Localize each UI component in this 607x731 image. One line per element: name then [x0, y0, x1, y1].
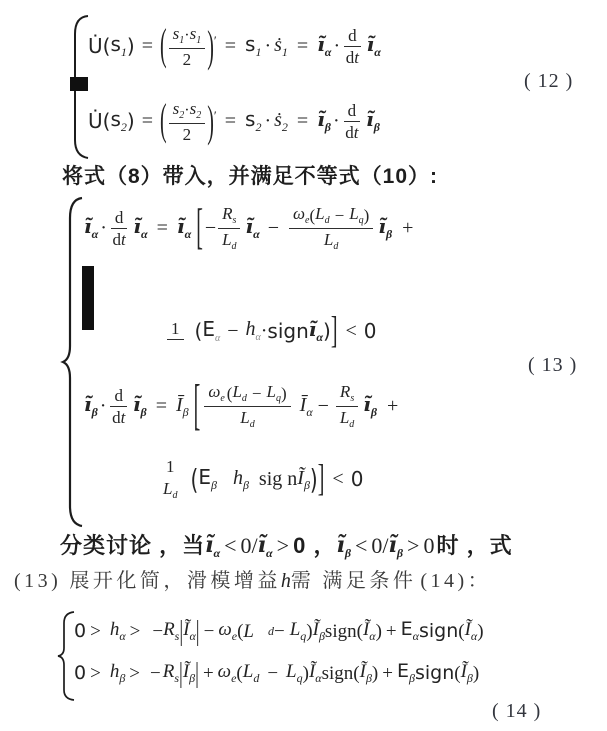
- spacer: [340, 121, 342, 122]
- fraction: ddt: [344, 26, 361, 66]
- math-token: sign: [325, 622, 357, 641]
- spacer: [153, 46, 160, 47]
- math-token: 2: [183, 51, 192, 68]
- math-token: −: [252, 385, 262, 402]
- spacer: [288, 46, 297, 47]
- fraction: RsLd: [336, 382, 358, 430]
- math-token: Lq: [267, 383, 281, 404]
- equation-12-number: ( 12 ): [524, 70, 573, 93]
- math-token: hα: [110, 620, 126, 642]
- math-token: ·: [264, 36, 271, 56]
- math-token: s1: [190, 25, 202, 46]
- math-token: ): [364, 207, 370, 224]
- math-token: s2: [245, 109, 261, 133]
- spacer: [288, 121, 297, 122]
- math-token: Ĩα: [363, 620, 376, 642]
- math-token: +: [382, 664, 393, 683]
- math-token: s2: [110, 109, 126, 133]
- paragraph-discussion-line-1: 分类讨论 ，当ĩα<0/ĩα>0 ，ĩβ<0/ĩβ>0时 ，式: [60, 530, 513, 562]
- math-token: d: [348, 102, 357, 119]
- equation-13-brace: [60, 196, 86, 528]
- math-token: <: [332, 469, 343, 489]
- spacer: [236, 46, 245, 47]
- equation-13-line-3: ĩβ·ddtĩβ=Īβ[ωe(Ld−Lq)LdĪα−RsLdĩβ+: [84, 368, 398, 444]
- math-token: 时 ，式: [436, 535, 512, 557]
- spacer: [168, 228, 177, 229]
- math-token: Ĩα: [309, 662, 322, 684]
- fraction: ddt: [344, 101, 361, 141]
- math-token: |: [196, 622, 200, 641]
- equation-14-number: ( 14 ): [492, 700, 541, 723]
- math-token: 0: [423, 535, 434, 557]
- equation-13-line-2: 1(Eα−hα·signĩα)]<0: [165, 306, 377, 356]
- spacer: [217, 479, 233, 480]
- spacer: [293, 406, 300, 407]
- math-token: )′: [207, 34, 217, 58]
- math-token: (: [160, 36, 167, 56]
- math-token: 需: [291, 571, 315, 591]
- math-token: Ld: [222, 231, 236, 252]
- math-token: [: [196, 218, 203, 238]
- spacer: [186, 331, 195, 332]
- spacer: [324, 479, 332, 480]
- math-token: Ĩα: [465, 620, 478, 642]
- math-token: ωe: [218, 662, 237, 684]
- math-token: Lq: [290, 620, 307, 642]
- math-token: >: [277, 535, 289, 557]
- math-token: sign: [267, 321, 308, 341]
- math-token: ĩβ: [133, 394, 147, 418]
- fraction: RsLd: [218, 204, 240, 252]
- math-token: ĩβ: [317, 109, 331, 133]
- math-token: Ld: [315, 205, 329, 226]
- math-token: t: [354, 124, 359, 141]
- math-token: <: [224, 535, 236, 557]
- math-token: 满足条件: [322, 571, 416, 591]
- spacer: [314, 581, 322, 582]
- math-token: −: [227, 321, 238, 341]
- math-token: >: [407, 535, 419, 557]
- spacer: [106, 406, 108, 407]
- math-token: =: [157, 218, 168, 238]
- math-token: ): [310, 469, 318, 489]
- spacer: [61, 581, 69, 582]
- math-token: Īα: [300, 395, 313, 418]
- math-token: ĩα: [205, 534, 220, 559]
- scan-artifact-square: [70, 77, 88, 91]
- math-token: t: [121, 231, 126, 248]
- math-token: Rs: [340, 383, 354, 404]
- equation-14-line-2: 0>hβ>−Rs|Ĩβ|+ωe(Ld−Lq)Ĩαsign(Ĩβ)+Eβsign(…: [74, 654, 479, 692]
- equation-14-line-1: 0>hα>−Rs|Ĩα|−ωe(Ld−Lq)Ĩβsign(Ĩα)+Eαsign(…: [74, 612, 484, 650]
- math-token: 0: [364, 321, 377, 341]
- math-token: ]: [318, 469, 325, 489]
- math-token: U̇: [88, 36, 103, 56]
- math-token: (14)：: [420, 571, 491, 591]
- spacer: [135, 121, 142, 122]
- math-token: sign: [419, 622, 458, 641]
- math-token: d: [113, 231, 122, 248]
- math-token: (: [195, 321, 203, 341]
- math-token: Ld: [232, 383, 246, 404]
- math-token: Ld: [240, 409, 254, 430]
- math-token: Eβ: [397, 662, 415, 684]
- math-token: +: [387, 396, 398, 416]
- math-token: −: [150, 664, 161, 683]
- spacer: [249, 479, 259, 480]
- math-token: ·: [261, 321, 268, 341]
- math-token: )′: [207, 109, 217, 133]
- math-token: L: [243, 622, 254, 641]
- math-token: ĩα: [258, 534, 273, 559]
- math-token: ĩα: [133, 216, 147, 240]
- math-token: Eα: [202, 319, 220, 344]
- math-token: =: [225, 111, 236, 131]
- math-token: hβ: [110, 662, 125, 684]
- math-token: s1: [245, 34, 261, 58]
- fraction: s2·s22: [169, 99, 206, 143]
- math-token: d: [112, 409, 121, 426]
- math-token: −: [268, 218, 279, 238]
- math-token: (: [103, 111, 111, 131]
- equation-13-line-1: ĩα·ddtĩα=ĩα[−RsLdĩα−ωe(Ld−Lq)Ldĩβ+: [84, 198, 413, 258]
- math-token: 2: [183, 126, 192, 143]
- spacer: [107, 228, 109, 229]
- math-token: ·: [333, 111, 340, 131]
- math-token: ĩβ: [363, 394, 377, 418]
- math-token: 0: [351, 469, 364, 489]
- spacer: [278, 673, 286, 674]
- math-token: 0: [74, 664, 86, 683]
- math-token: Ĩβ: [360, 662, 372, 684]
- math-token: ĩβ: [84, 394, 98, 418]
- spacer: [238, 331, 245, 332]
- fraction: s1·s12: [169, 24, 206, 68]
- math-token: ·: [100, 396, 107, 416]
- math-token: ĩα: [177, 216, 191, 240]
- math-token: sig n: [259, 469, 297, 489]
- math-token: (: [191, 469, 199, 489]
- equation-12-line-2: U̇(s2)=(s2·s22)′=s2·ṡ2=ĩβ·ddtĩβ: [88, 90, 380, 152]
- math-token: ĩβ: [366, 109, 380, 133]
- math-token: Lq: [286, 662, 303, 684]
- math-token: Īβ: [176, 395, 189, 418]
- math-token: 0/: [241, 535, 258, 557]
- math-token: |: [179, 622, 183, 641]
- math-token: Ld: [243, 662, 260, 684]
- math-token: Rs: [163, 620, 179, 642]
- math-token: hβ: [233, 468, 249, 491]
- math-token: =: [297, 111, 308, 131]
- math-token: d: [346, 49, 355, 66]
- spacer: [101, 631, 110, 632]
- math-token: =: [142, 111, 153, 131]
- math-token: Ĩβ: [313, 620, 325, 642]
- spacer: [148, 228, 157, 229]
- spacer: [357, 331, 364, 332]
- math-token: 0: [74, 622, 86, 641]
- spacer: [181, 479, 191, 480]
- spacer: [308, 121, 317, 122]
- math-token: 分类讨论 ，当: [60, 535, 205, 557]
- math-token: >: [90, 664, 101, 683]
- math-token: sign: [415, 664, 454, 683]
- math-token: −: [335, 207, 345, 224]
- spacer: [329, 406, 334, 407]
- math-token: ĩβ: [389, 534, 404, 559]
- spacer: [153, 121, 160, 122]
- math-token: ĩα: [309, 319, 323, 343]
- math-token: Ĩα: [183, 620, 196, 642]
- spacer: [254, 631, 268, 632]
- math-token: >: [90, 622, 101, 641]
- scanned-paper-page: U̇(s1)=(s1·s12)′=s1·ṡ1=ĩα·ddtĩα U̇(s2)=(…: [0, 0, 607, 731]
- spacer: [377, 406, 387, 407]
- math-token: 0/: [371, 535, 388, 557]
- spacer: [236, 121, 245, 122]
- scan-artifact-bar: [82, 266, 94, 330]
- equation-12-line-1: U̇(s1)=(s1·s12)′=s1·ṡ1=ĩα·ddtĩα: [88, 18, 381, 74]
- math-token: |: [195, 664, 199, 683]
- math-token: d: [345, 124, 354, 141]
- math-token: Rs: [163, 662, 179, 684]
- math-token: ): [281, 385, 287, 402]
- math-token: (: [103, 36, 111, 56]
- math-token: −: [318, 396, 329, 416]
- math-token: Ĩβ: [297, 468, 310, 491]
- math-token: hα: [245, 319, 260, 343]
- math-token: =: [142, 36, 153, 56]
- math-token: ṡ2: [274, 110, 288, 133]
- fraction: ddt: [111, 208, 128, 248]
- math-token: −: [267, 664, 278, 683]
- math-token: t: [121, 409, 126, 426]
- fraction: 1Ld: [162, 457, 179, 501]
- math-token: ·: [264, 111, 271, 131]
- math-token: Eα: [401, 620, 419, 642]
- math-token: ωe: [218, 620, 237, 642]
- spacer: [101, 673, 110, 674]
- spacer: [167, 406, 176, 407]
- spacer: [392, 228, 402, 229]
- math-token: d: [115, 209, 124, 226]
- math-token: Ĩβ: [461, 662, 473, 684]
- math-token: <: [346, 321, 357, 341]
- math-token: 1: [171, 320, 180, 337]
- math-token: U̇: [88, 111, 103, 131]
- math-token: ĩα: [317, 34, 331, 58]
- math-token: ωe: [293, 205, 309, 226]
- spacer: [279, 228, 287, 229]
- math-token: ): [127, 111, 135, 131]
- spacer: [308, 46, 317, 47]
- spacer: [200, 406, 202, 407]
- math-token: ·: [333, 36, 340, 56]
- math-token: ĩβ: [378, 216, 392, 240]
- math-token: h: [281, 571, 291, 591]
- math-token: Rs: [222, 205, 236, 226]
- math-token: >: [130, 622, 141, 641]
- paragraph-intro: 将式（8）带入，并满足不等式（10）:: [62, 160, 438, 190]
- math-token: +: [386, 622, 397, 641]
- math-token: =: [225, 36, 236, 56]
- equation-13-number: ( 13 ): [528, 354, 577, 377]
- math-token: (13): [14, 571, 61, 591]
- math-token: [: [194, 396, 201, 416]
- math-token: +: [203, 664, 214, 683]
- math-token: 展开化简，滑模增益: [69, 571, 281, 591]
- math-token: ĩα: [245, 216, 259, 240]
- math-token: =: [156, 396, 167, 416]
- math-token: Lq: [349, 205, 363, 226]
- math-token: ): [127, 36, 135, 56]
- math-token: ]: [331, 321, 338, 341]
- math-token: ĩβ: [336, 534, 351, 559]
- math-token: sign: [322, 664, 354, 683]
- spacer: [140, 631, 152, 632]
- math-token: s2: [173, 100, 185, 121]
- spacer: [217, 121, 225, 122]
- fraction: ddt: [110, 386, 127, 426]
- math-token: ωe: [208, 383, 224, 404]
- math-token: s1: [173, 25, 185, 46]
- math-token: ṡ1: [274, 35, 288, 58]
- math-token: +: [402, 218, 413, 238]
- math-token: Ĩβ: [183, 662, 195, 684]
- math-token: Ld: [163, 480, 177, 501]
- math-token: s2: [190, 100, 202, 121]
- equation-13-line-4: 1Ld(Eβhβsig nĨβ)]<0: [160, 446, 363, 512]
- math-token: −: [152, 622, 163, 641]
- math-token: s1: [110, 34, 126, 58]
- spacer: [168, 342, 182, 343]
- spacer: [338, 331, 346, 332]
- math-token: 1: [166, 458, 175, 475]
- math-token: >: [129, 664, 140, 683]
- math-token: |: [179, 664, 183, 683]
- math-token: Ld: [324, 231, 338, 252]
- spacer: [340, 46, 342, 47]
- spacer: [135, 46, 142, 47]
- math-token: ĩα: [367, 34, 381, 58]
- math-token: ĩα: [84, 216, 98, 240]
- math-token: −: [204, 622, 215, 641]
- math-token: ): [477, 622, 483, 641]
- fraction: 1: [167, 319, 184, 343]
- math-token: =: [297, 36, 308, 56]
- math-token: t: [354, 49, 359, 66]
- spacer: [259, 673, 267, 674]
- math-token: ): [473, 664, 479, 683]
- math-token: −: [274, 622, 285, 641]
- math-token: <: [355, 535, 367, 557]
- math-token: ·: [100, 218, 107, 238]
- spacer: [147, 406, 156, 407]
- math-token: −: [205, 218, 216, 238]
- spacer: [220, 331, 227, 332]
- fraction: ωe(Ld−Lq)Ld: [289, 204, 373, 252]
- spacer: [217, 46, 225, 47]
- spacer: [344, 479, 351, 480]
- paragraph-discussion-line-2: (13)展开化简，滑模增益h需满足条件(14)：: [14, 566, 491, 596]
- math-token: d: [114, 387, 123, 404]
- math-token: ): [323, 321, 331, 341]
- math-token: 0 ，: [293, 535, 336, 557]
- math-token: Ld: [340, 409, 354, 430]
- spacer: [260, 228, 268, 229]
- math-token: d: [348, 27, 357, 44]
- math-token: Eβ: [198, 467, 217, 491]
- math-token: (: [160, 111, 167, 131]
- spacer: [140, 673, 150, 674]
- fraction: ωe(Ld−Lq)Ld: [204, 382, 290, 430]
